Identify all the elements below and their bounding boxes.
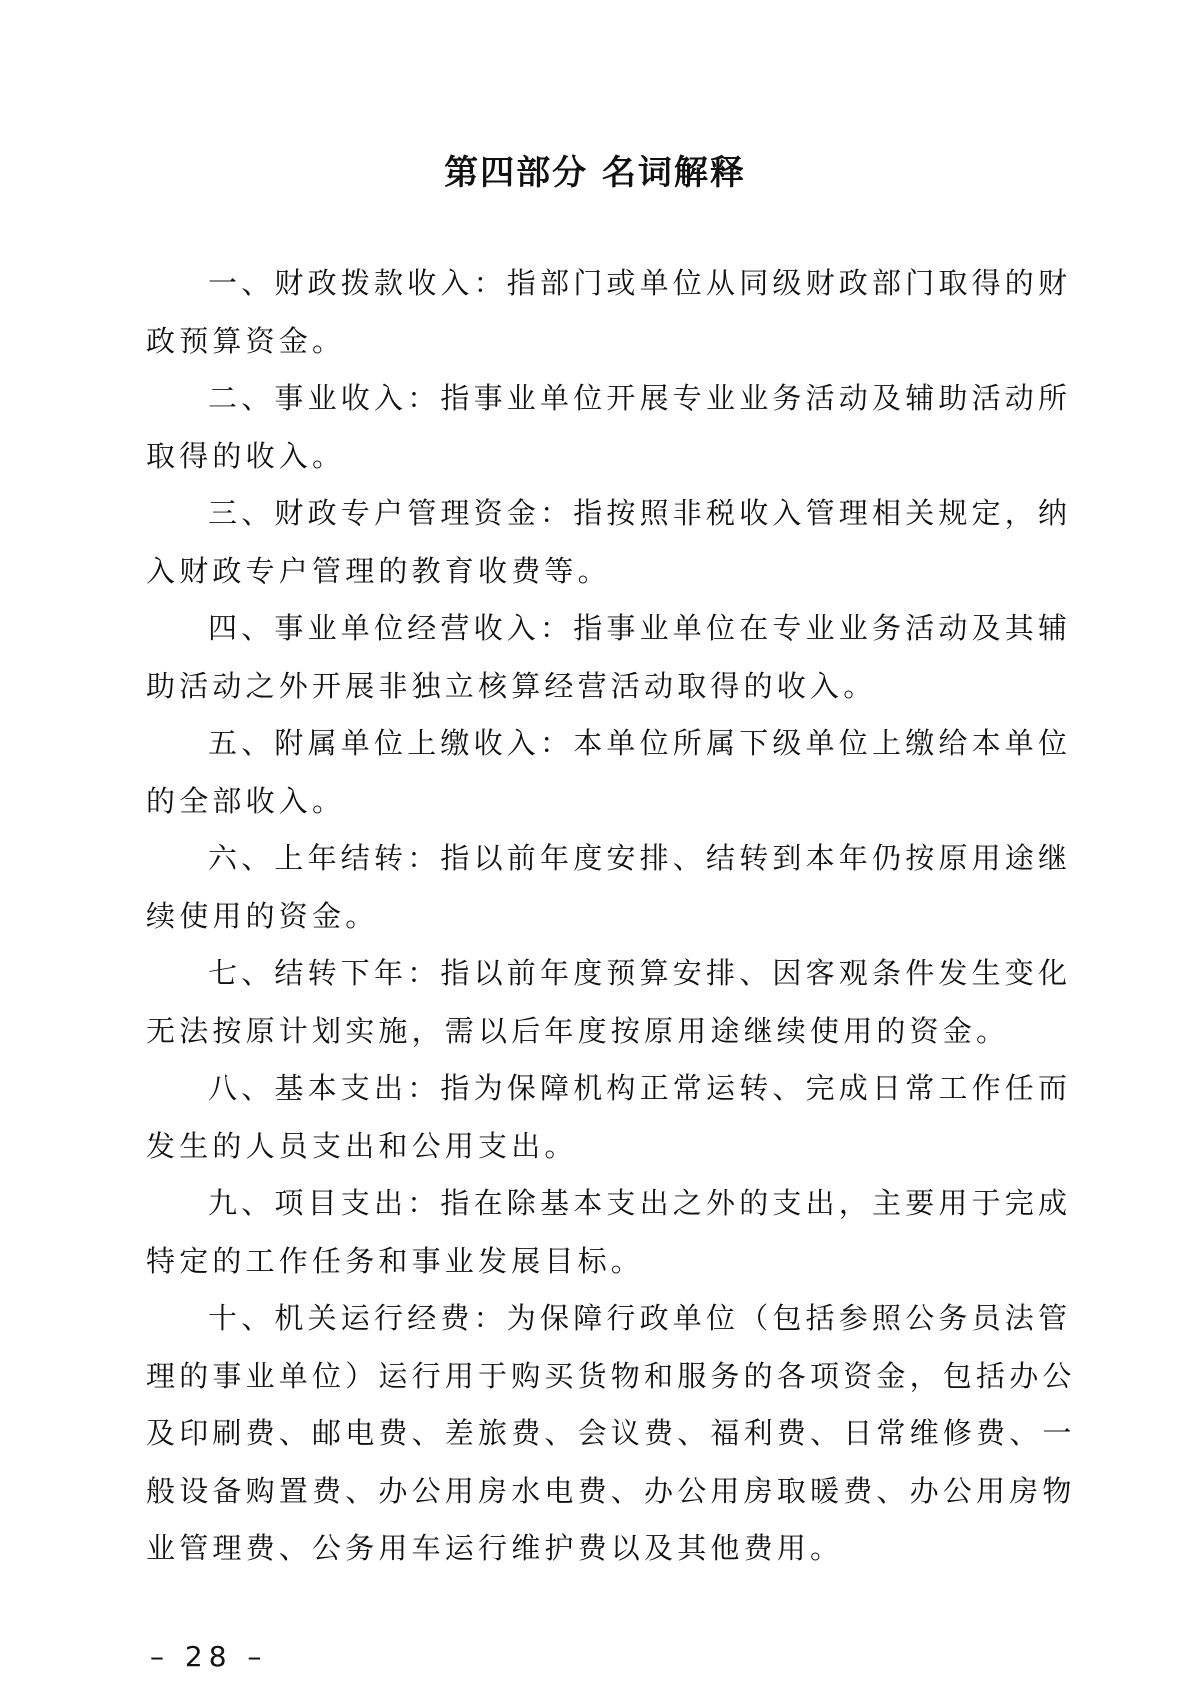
body-line: 续使用的资金。 [146,888,1036,946]
body-line: 的全部收入。 [146,773,1036,831]
body-line: 八、基本支出：指为保障机构正常运转、完成日常工作任而 [146,1060,1036,1118]
body-line: 般设备购置费、办公用房水电费、办公用房取暖费、办公用房物 [146,1463,1036,1521]
body-line: 五、附属单位上缴收入：本单位所属下级单位上缴给本单位 [146,715,1036,773]
body-line: 政预算资金。 [146,313,1036,371]
body-line: 取得的收入。 [146,428,1036,486]
body-line: 助活动之外开展非独立核算经营活动取得的收入。 [146,658,1036,716]
body-line: 七、结转下年：指以前年度预算安排、因客观条件发生变化 [146,945,1036,1003]
body-line: 六、上年结转：指以前年度安排、结转到本年仍按原用途继 [146,830,1036,888]
page-number: – 28 – [150,1640,267,1673]
body-line: 四、事业单位经营收入：指事业单位在专业业务活动及其辅 [146,600,1036,658]
body-line: 九、项目支出：指在除基本支出之外的支出，主要用于完成 [146,1175,1036,1233]
body-line: 三、财政专户管理资金：指按照非税收入管理相关规定，纳 [146,485,1036,543]
body-line: 入财政专户管理的教育收费等。 [146,543,1036,601]
body-line: 发生的人员支出和公用支出。 [146,1118,1036,1176]
body-line: 十、机关运行经费：为保障行政单位（包括参照公务员法管 [146,1290,1036,1348]
page-title: 第四部分 名词解释 [0,145,1190,194]
document-body: 一、财政拨款收入：指部门或单位从同级财政部门取得的财 政预算资金。 二、事业收入… [146,255,1036,1578]
body-line: 业管理费、公务用车运行维护费以及其他费用。 [146,1520,1036,1578]
body-line: 二、事业收入：指事业单位开展专业业务活动及辅助活动所 [146,370,1036,428]
body-line: 一、财政拨款收入：指部门或单位从同级财政部门取得的财 [146,255,1036,313]
body-line: 理的事业单位）运行用于购买货物和服务的各项资金，包括办公 [146,1348,1036,1406]
body-line: 无法按原计划实施，需以后年度按原用途继续使用的资金。 [146,1003,1036,1061]
body-line: 及印刷费、邮电费、差旅费、会议费、福利费、日常维修费、一 [146,1405,1036,1463]
body-line: 特定的工作任务和事业发展目标。 [146,1233,1036,1291]
